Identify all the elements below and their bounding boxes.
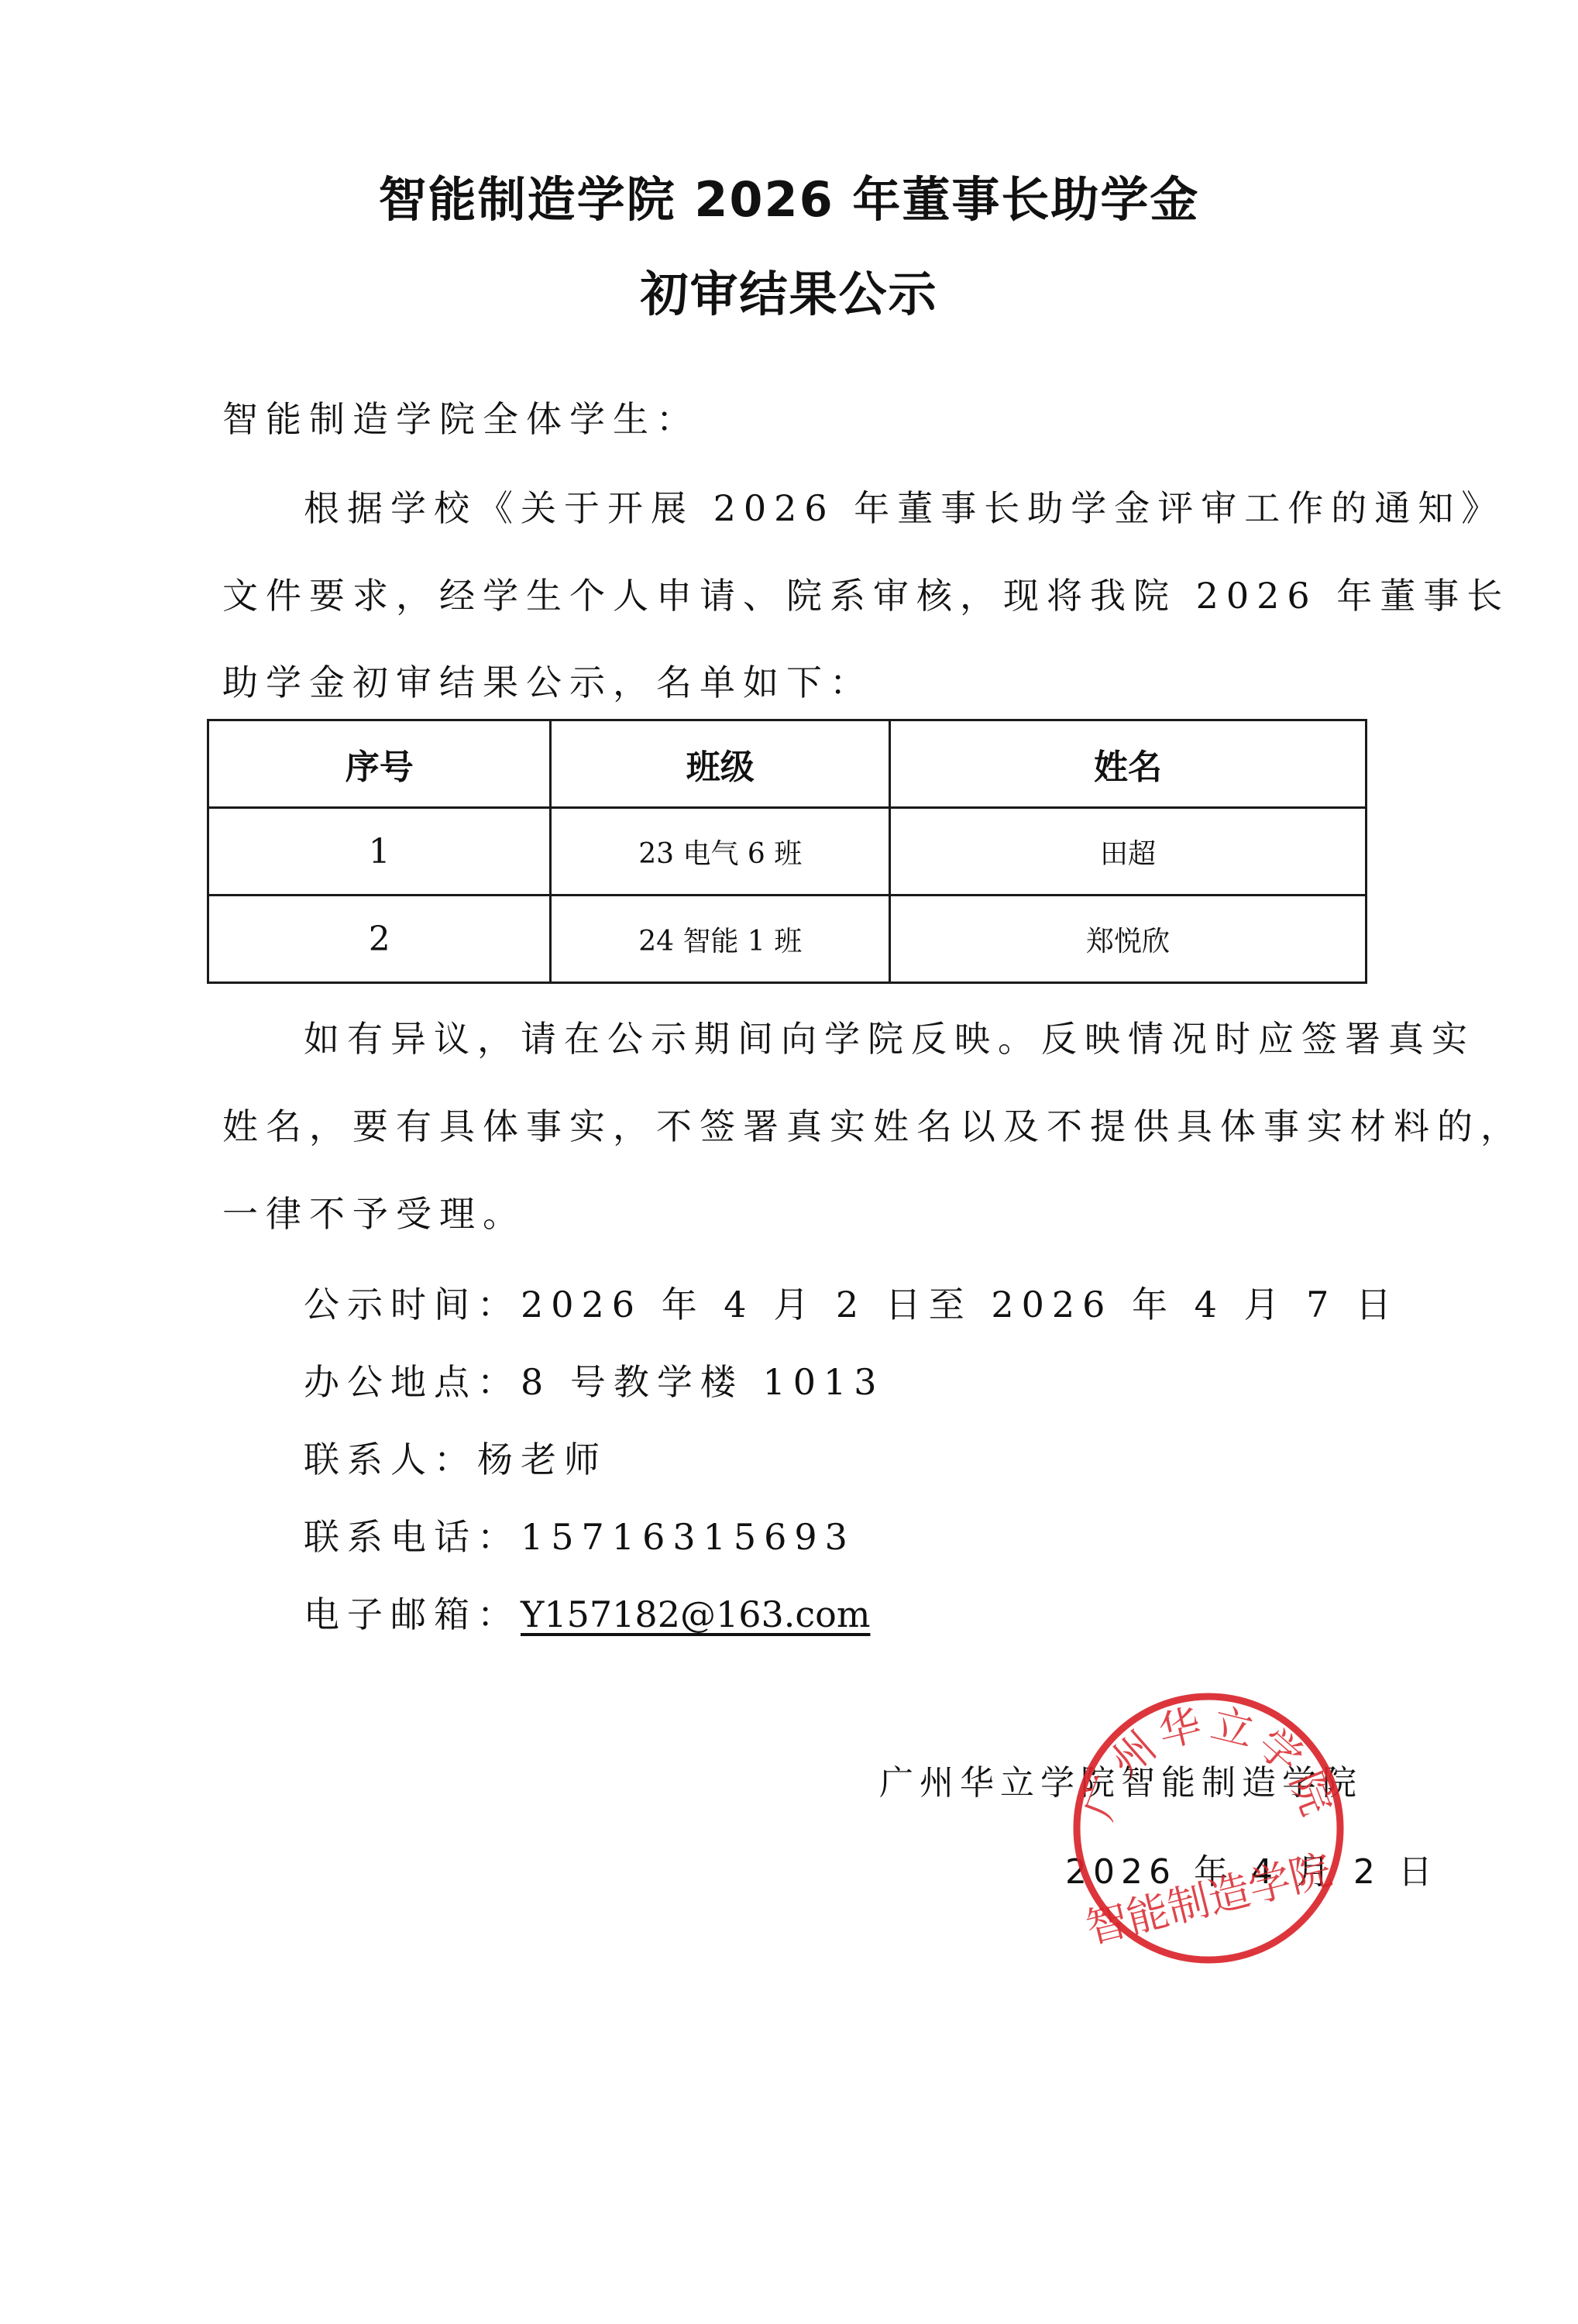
header-index: 序号 — [208, 720, 551, 808]
cell-name: 郑悦欣 — [890, 896, 1367, 983]
intro-line-3: 助学金初审结果公示，名单如下： — [222, 655, 873, 706]
period-label: 公示时间： — [304, 1284, 521, 1325]
office-value: 8 号教学楼 1013 — [521, 1361, 885, 1403]
objection-line-1: 如有异议，请在公示期间向学院反映。反映情况时应签署真实 — [304, 1011, 1475, 1062]
table-header-row: 序号 班级 姓名 — [208, 720, 1367, 808]
cell-class: 24 智能 1 班 — [551, 896, 890, 983]
phone-row: 联系电话：15716315693 — [304, 1509, 855, 1560]
header-class: 班级 — [551, 720, 890, 808]
contact-label: 联系人： — [304, 1439, 477, 1480]
email-link[interactable]: Y157182@163.com — [521, 1593, 870, 1635]
signature-date: 2026 年 4 月 2 日 — [1065, 1844, 1439, 1893]
contact-value: 杨老师 — [477, 1439, 607, 1480]
cell-index: 1 — [208, 808, 551, 896]
header-name: 姓名 — [890, 720, 1367, 808]
intro-line-1: 根据学校《关于开展 2026 年董事长助学金评审工作的通知》 — [304, 480, 1504, 531]
document-subtitle: 初审结果公示 — [0, 256, 1578, 325]
phone-value: 15716315693 — [521, 1516, 855, 1558]
official-seal-icon: 广州华立学院 智能制造学院 — [1069, 1689, 1348, 1968]
document-title: 智能制造学院 2026 年董事长助学金 — [0, 161, 1578, 230]
phone-label: 联系电话： — [304, 1516, 521, 1558]
objection-line-3: 一律不予受理。 — [222, 1186, 526, 1237]
table-row: 1 23 电气 6 班 田超 — [208, 808, 1367, 896]
email-label: 电子邮箱： — [304, 1593, 521, 1635]
period-row: 公示时间：2026 年 4 月 2 日至 2026 年 4 月 7 日 — [304, 1277, 1399, 1328]
period-value: 2026 年 4 月 2 日至 2026 年 4 月 7 日 — [521, 1284, 1399, 1325]
cell-index: 2 — [208, 896, 551, 983]
objection-line-2: 姓名，要有具体事实，不签署真实姓名以及不提供具体事实材料的， — [222, 1098, 1524, 1150]
contact-row: 联系人：杨老师 — [304, 1432, 607, 1483]
cell-name: 田超 — [890, 808, 1367, 896]
recipients-table: 序号 班级 姓名 1 23 电气 6 班 田超 2 24 智能 1 班 郑悦欣 — [207, 719, 1367, 984]
salutation: 智能制造学院全体学生： — [222, 391, 700, 442]
email-row: 电子邮箱：Y157182@163.com — [304, 1587, 870, 1638]
table-row: 2 24 智能 1 班 郑悦欣 — [208, 896, 1367, 983]
office-row: 办公地点：8 号教学楼 1013 — [304, 1354, 885, 1405]
signature-org: 广州华立学院智能制造学院 — [879, 1755, 1363, 1804]
office-label: 办公地点： — [304, 1361, 521, 1403]
cell-class: 23 电气 6 班 — [551, 808, 890, 896]
intro-line-2: 文件要求，经学生个人申请、院系审核，现将我院 2026 年董事长 — [222, 568, 1510, 619]
